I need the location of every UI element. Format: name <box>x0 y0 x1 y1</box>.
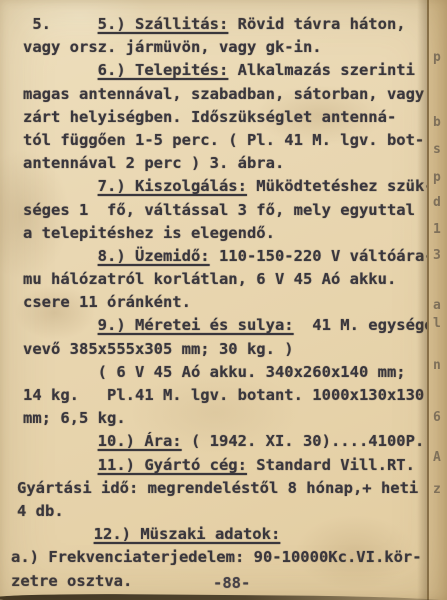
text-line: magas antennával, szabadban, sátorban, v… <box>23 83 447 106</box>
page-edge-strip: p b s p d 1 3 a l n 6 A z <box>427 0 447 600</box>
edge-glyph: d <box>433 195 441 210</box>
line-text: csere 11 óránként. <box>23 293 191 311</box>
text-line: 10.) Ára: ( 1942. XI. 30)....4100P. <box>23 430 447 453</box>
text-line: ( 6 V 45 Aó akku. 340x260x140 mm; <box>23 361 447 384</box>
text-line: 14 kg. Pl.41 M. lgv. botant. 1000x130x13… <box>23 384 447 407</box>
line-indent <box>23 316 98 334</box>
typewritten-text-block: 5. 5.) Szállitás: Rövid távra háton, vag… <box>0 0 447 593</box>
line-indent <box>23 247 98 265</box>
edge-glyph: n <box>433 358 441 373</box>
line-text: mm; 6,5 kg. <box>23 409 126 427</box>
text-line: tól függően 1-5 perc. ( Pl. 41 M. lgv. b… <box>23 129 447 152</box>
page-crease-shadow <box>417 0 427 600</box>
edge-glyph: A <box>433 450 441 465</box>
scan-bottom-shadow <box>0 593 447 600</box>
text-line: zárt helyiségben. Időszükséglet antenná- <box>23 106 447 129</box>
line-indent <box>23 61 98 79</box>
edge-glyph: l <box>433 316 441 331</box>
edge-glyph: z <box>433 482 441 497</box>
line-text: 41 M. egysége <box>294 316 434 334</box>
line-text: tól függően 1-5 perc. ( Pl. 41 M. lgv. b… <box>23 131 424 149</box>
line-text: Müködtetéshez szük- <box>247 177 434 195</box>
text-line: 6.) Telepités: Alkalmazás szerinti <box>23 59 447 82</box>
line-text: magas antennával, szabadban, sátorban, v… <box>23 85 424 103</box>
text-line: 5. 5.) Szállitás: Rövid távra háton, <box>23 13 447 36</box>
text-line: a telepitéshez is elegendő. <box>23 222 447 245</box>
text-line: 7.) Kiszolgálás: Müködtetéshez szük- <box>23 175 447 198</box>
text-line: 12.) Müszaki adatok: <box>19 523 447 546</box>
line-text: vevő 385x555x305 mm; 30 kg. ) <box>23 340 294 358</box>
text-line: vagy orsz. jármüvön, vagy gk-in. <box>23 36 447 59</box>
line-indent <box>23 432 98 450</box>
text-line: csere 11 óránként. <box>23 291 447 314</box>
line-text: mu hálózatról korlátlan, 6 V 45 Aó akku. <box>23 270 396 288</box>
text-line: vevő 385x555x305 mm; 30 kg. ) <box>23 338 447 361</box>
section-heading: 12.) Müszaki adatok: <box>94 525 281 543</box>
section-heading: 8.) Üzemidő: <box>98 247 210 265</box>
text-line: 11.) Gyártó cég: Standard Vill.RT. <box>23 454 447 477</box>
line-text: zetre osztva. <box>11 572 132 590</box>
page-number: -88- <box>213 574 250 592</box>
edge-glyph: p <box>433 170 441 185</box>
text-line: 8.) Üzemidő: 110-150-220 V váltóára- <box>23 245 447 268</box>
text-line: 9.) Méretei és sulya: 41 M. egysége <box>23 314 447 337</box>
line-text: ( 6 V 45 Aó akku. 340x260x140 mm; <box>98 363 406 381</box>
line-text: 110-150-220 V váltóára- <box>210 247 434 265</box>
line-text: zárt helyiségben. Időszükséglet antenná- <box>23 108 396 126</box>
line-text: 14 kg. Pl.41 M. lgv. botant. 1000x130x13… <box>23 386 424 404</box>
edge-glyph: p <box>433 50 441 65</box>
line-text: vagy orsz. jármüvön, vagy gk-in. <box>23 38 322 56</box>
line-indent <box>19 525 94 543</box>
line-text: Standard Vill.RT. <box>247 456 415 474</box>
edge-glyph: b <box>433 115 441 130</box>
line-text: antennával 2 perc ) 3. ábra. <box>23 154 284 172</box>
line-text: ( 1942. XI. 30)....4100P. <box>182 432 425 450</box>
line-indent <box>23 177 98 195</box>
text-line: séges 1 fő, váltással 3 fő, mely egyutta… <box>23 199 447 222</box>
line-text: Alkalmazás szerinti <box>228 61 415 79</box>
section-heading: 5.) Szállitás: <box>98 15 229 33</box>
edge-glyph: a <box>433 298 441 313</box>
line-text: 4 db. <box>17 502 64 520</box>
line-text: a telepitéshez is elegendő. <box>23 224 275 242</box>
section-heading: 9.) Méretei és sulya: <box>98 316 294 334</box>
edge-glyph: s <box>433 142 441 157</box>
text-line: mm; 6,5 kg. <box>23 407 447 430</box>
text-line: 4 db. <box>17 500 447 523</box>
section-heading: 7.) Kiszolgálás: <box>98 177 247 195</box>
text-line: antennával 2 perc ) 3. ábra. <box>23 152 447 175</box>
margin-page-marker: 5. <box>23 15 98 33</box>
line-text: Rövid távra háton, <box>228 15 405 33</box>
line-indent <box>23 363 98 381</box>
line-text: séges 1 fő, váltással 3 fő, mely egyutta… <box>23 201 415 219</box>
line-text: a.) Frekvenciaterjedelem: 90-10000Kc.VI.… <box>11 548 422 566</box>
text-line: Gyártási idő: megrendeléstől 8 hónap,+ h… <box>17 477 447 500</box>
edge-glyph: 1 <box>433 222 441 237</box>
text-line: a.) Frekvenciaterjedelem: 90-10000Kc.VI.… <box>11 546 447 569</box>
scanned-document-page: 5. 5.) Szállitás: Rövid távra háton, vag… <box>0 0 447 600</box>
edge-glyph: 3 <box>433 248 441 263</box>
section-heading: 10.) Ára: <box>98 432 182 450</box>
line-text: Gyártási idő: megrendeléstől 8 hónap,+ h… <box>17 479 418 497</box>
section-heading: 6.) Telepités: <box>98 61 229 79</box>
text-line: mu hálózatról korlátlan, 6 V 45 Aó akku. <box>23 268 447 291</box>
edge-glyph: 6 <box>433 410 441 425</box>
line-indent <box>23 456 98 474</box>
section-heading: 11.) Gyártó cég: <box>98 456 247 474</box>
